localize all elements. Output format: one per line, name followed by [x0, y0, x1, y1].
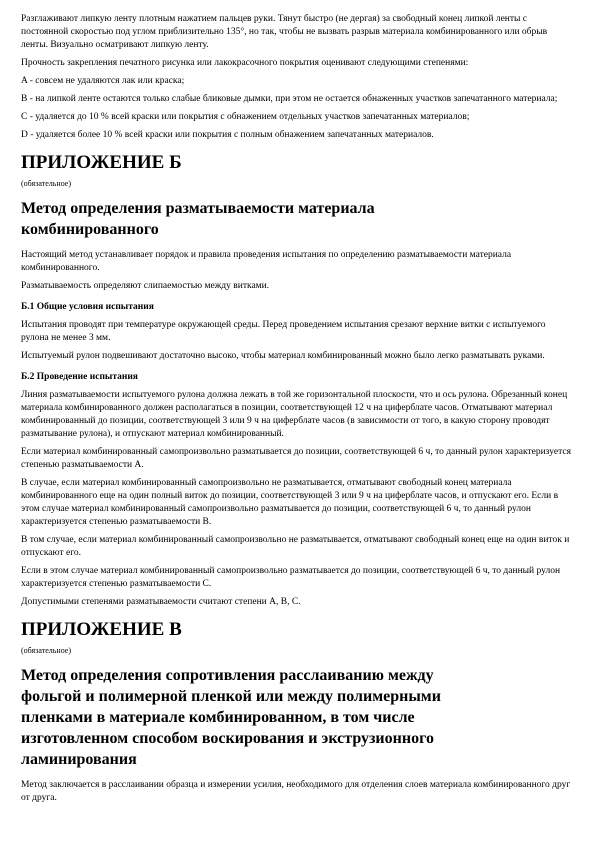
appendix-v-paragraph-method: Метод заключается в расслаивании образца…: [21, 779, 574, 805]
section-b2-paragraph-grade-c: Если в этом случае материал комбинирован…: [21, 565, 574, 591]
section-b2-paragraph-procedure: Линия разматываемости испытуемого рулона…: [21, 389, 574, 441]
appendix-v-label: ПРИЛОЖЕНИЕ В: [21, 619, 574, 640]
section-b2-paragraph-allowed-grades: Допустимыми степенями разматываемости сч…: [21, 596, 574, 609]
grade-a-line: A - совсем не удаляются лак или краска;: [21, 75, 574, 88]
appendix-b-label: ПРИЛОЖЕНИЕ Б: [21, 152, 574, 173]
appendix-b-paragraph-scope: Настоящий метод устанавливает порядок и …: [21, 249, 574, 275]
section-b1-paragraph-conditions: Испытания проводят при температуре окруж…: [21, 319, 574, 345]
grade-b-line: B - на липкой ленте остаются только слаб…: [21, 93, 574, 106]
intro-paragraph-grades-lead: Прочность закрепления печатного рисунка …: [21, 57, 574, 70]
section-b2-heading: Б.2 Проведение испытания: [21, 371, 574, 384]
section-b1-heading: Б.1 Общие условия испытания: [21, 301, 574, 314]
appendix-b-title: Метод определения разматываемости матери…: [21, 198, 441, 240]
section-b2-paragraph-grade-b: В случае, если материал комбинированный …: [21, 477, 574, 529]
section-b2-paragraph-extra-turn: В том случае, если материал комбинирован…: [21, 534, 574, 560]
appendix-v-status: (обязательное): [21, 646, 574, 656]
document-page: Разглаживают липкую ленту плотным нажати…: [0, 0, 595, 842]
appendix-b-status: (обязательное): [21, 179, 574, 189]
intro-paragraph-tape: Разглаживают липкую ленту плотным нажати…: [21, 13, 574, 52]
grade-d-line: D - удаляется более 10 % всей краски или…: [21, 129, 574, 142]
section-b1-paragraph-roll: Испытуемый рулон подвешивают достаточно …: [21, 350, 574, 363]
section-b2-paragraph-grade-a: Если материал комбинированный самопроизв…: [21, 446, 574, 472]
appendix-b-paragraph-definition: Разматываемость определяют слипаемостью …: [21, 280, 574, 293]
appendix-v-title: Метод определения сопротивления расслаив…: [21, 665, 466, 770]
grade-c-line: C - удаляется до 10 % всей краски или по…: [21, 111, 574, 124]
